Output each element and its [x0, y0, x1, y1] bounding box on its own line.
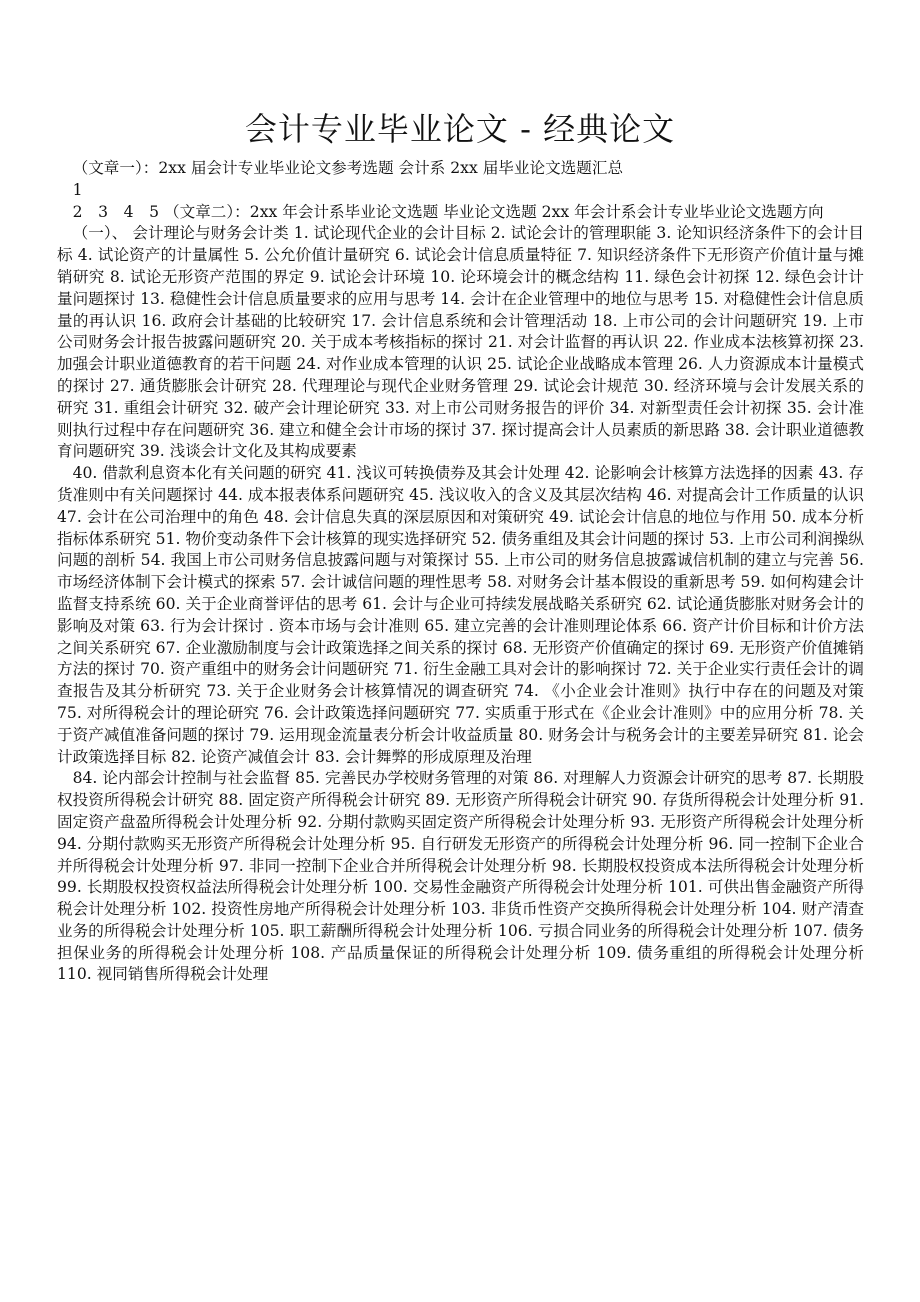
document-title: 会计专业毕业论文 - 经典论文: [0, 107, 920, 151]
paragraph-page-number: 1: [57, 180, 864, 202]
document-body: （文章一）：2xx 届会计专业毕业论文参考选题 会计系 2xx 届毕业论文选题汇…: [57, 158, 864, 986]
paragraph-article-one: （文章一）：2xx 届会计专业毕业论文参考选题 会计系 2xx 届毕业论文选题汇…: [57, 158, 864, 180]
paragraph-article-two: 2 3 4 5 （文章二）：2xx 年会计系毕业论文选题 毕业论文选题 2xx …: [57, 202, 864, 224]
paragraph-section-one-topics: （一）、 会计理论与财务会计类 1. 试论现代企业的会计目标 2. 试论会计的管…: [57, 223, 864, 463]
paragraph-topics-84-110: 84. 论内部会计控制与社会监督 85. 完善民办学校财务管理的对策 86. 对…: [57, 768, 864, 986]
document-page: 会计专业毕业论文 - 经典论文 （文章一）：2xx 届会计专业毕业论文参考选题 …: [0, 0, 920, 1302]
paragraph-topics-40-83: 40. 借款利息资本化有关问题的研究 41. 浅议可转换债券及其会计处理 42.…: [57, 463, 864, 768]
